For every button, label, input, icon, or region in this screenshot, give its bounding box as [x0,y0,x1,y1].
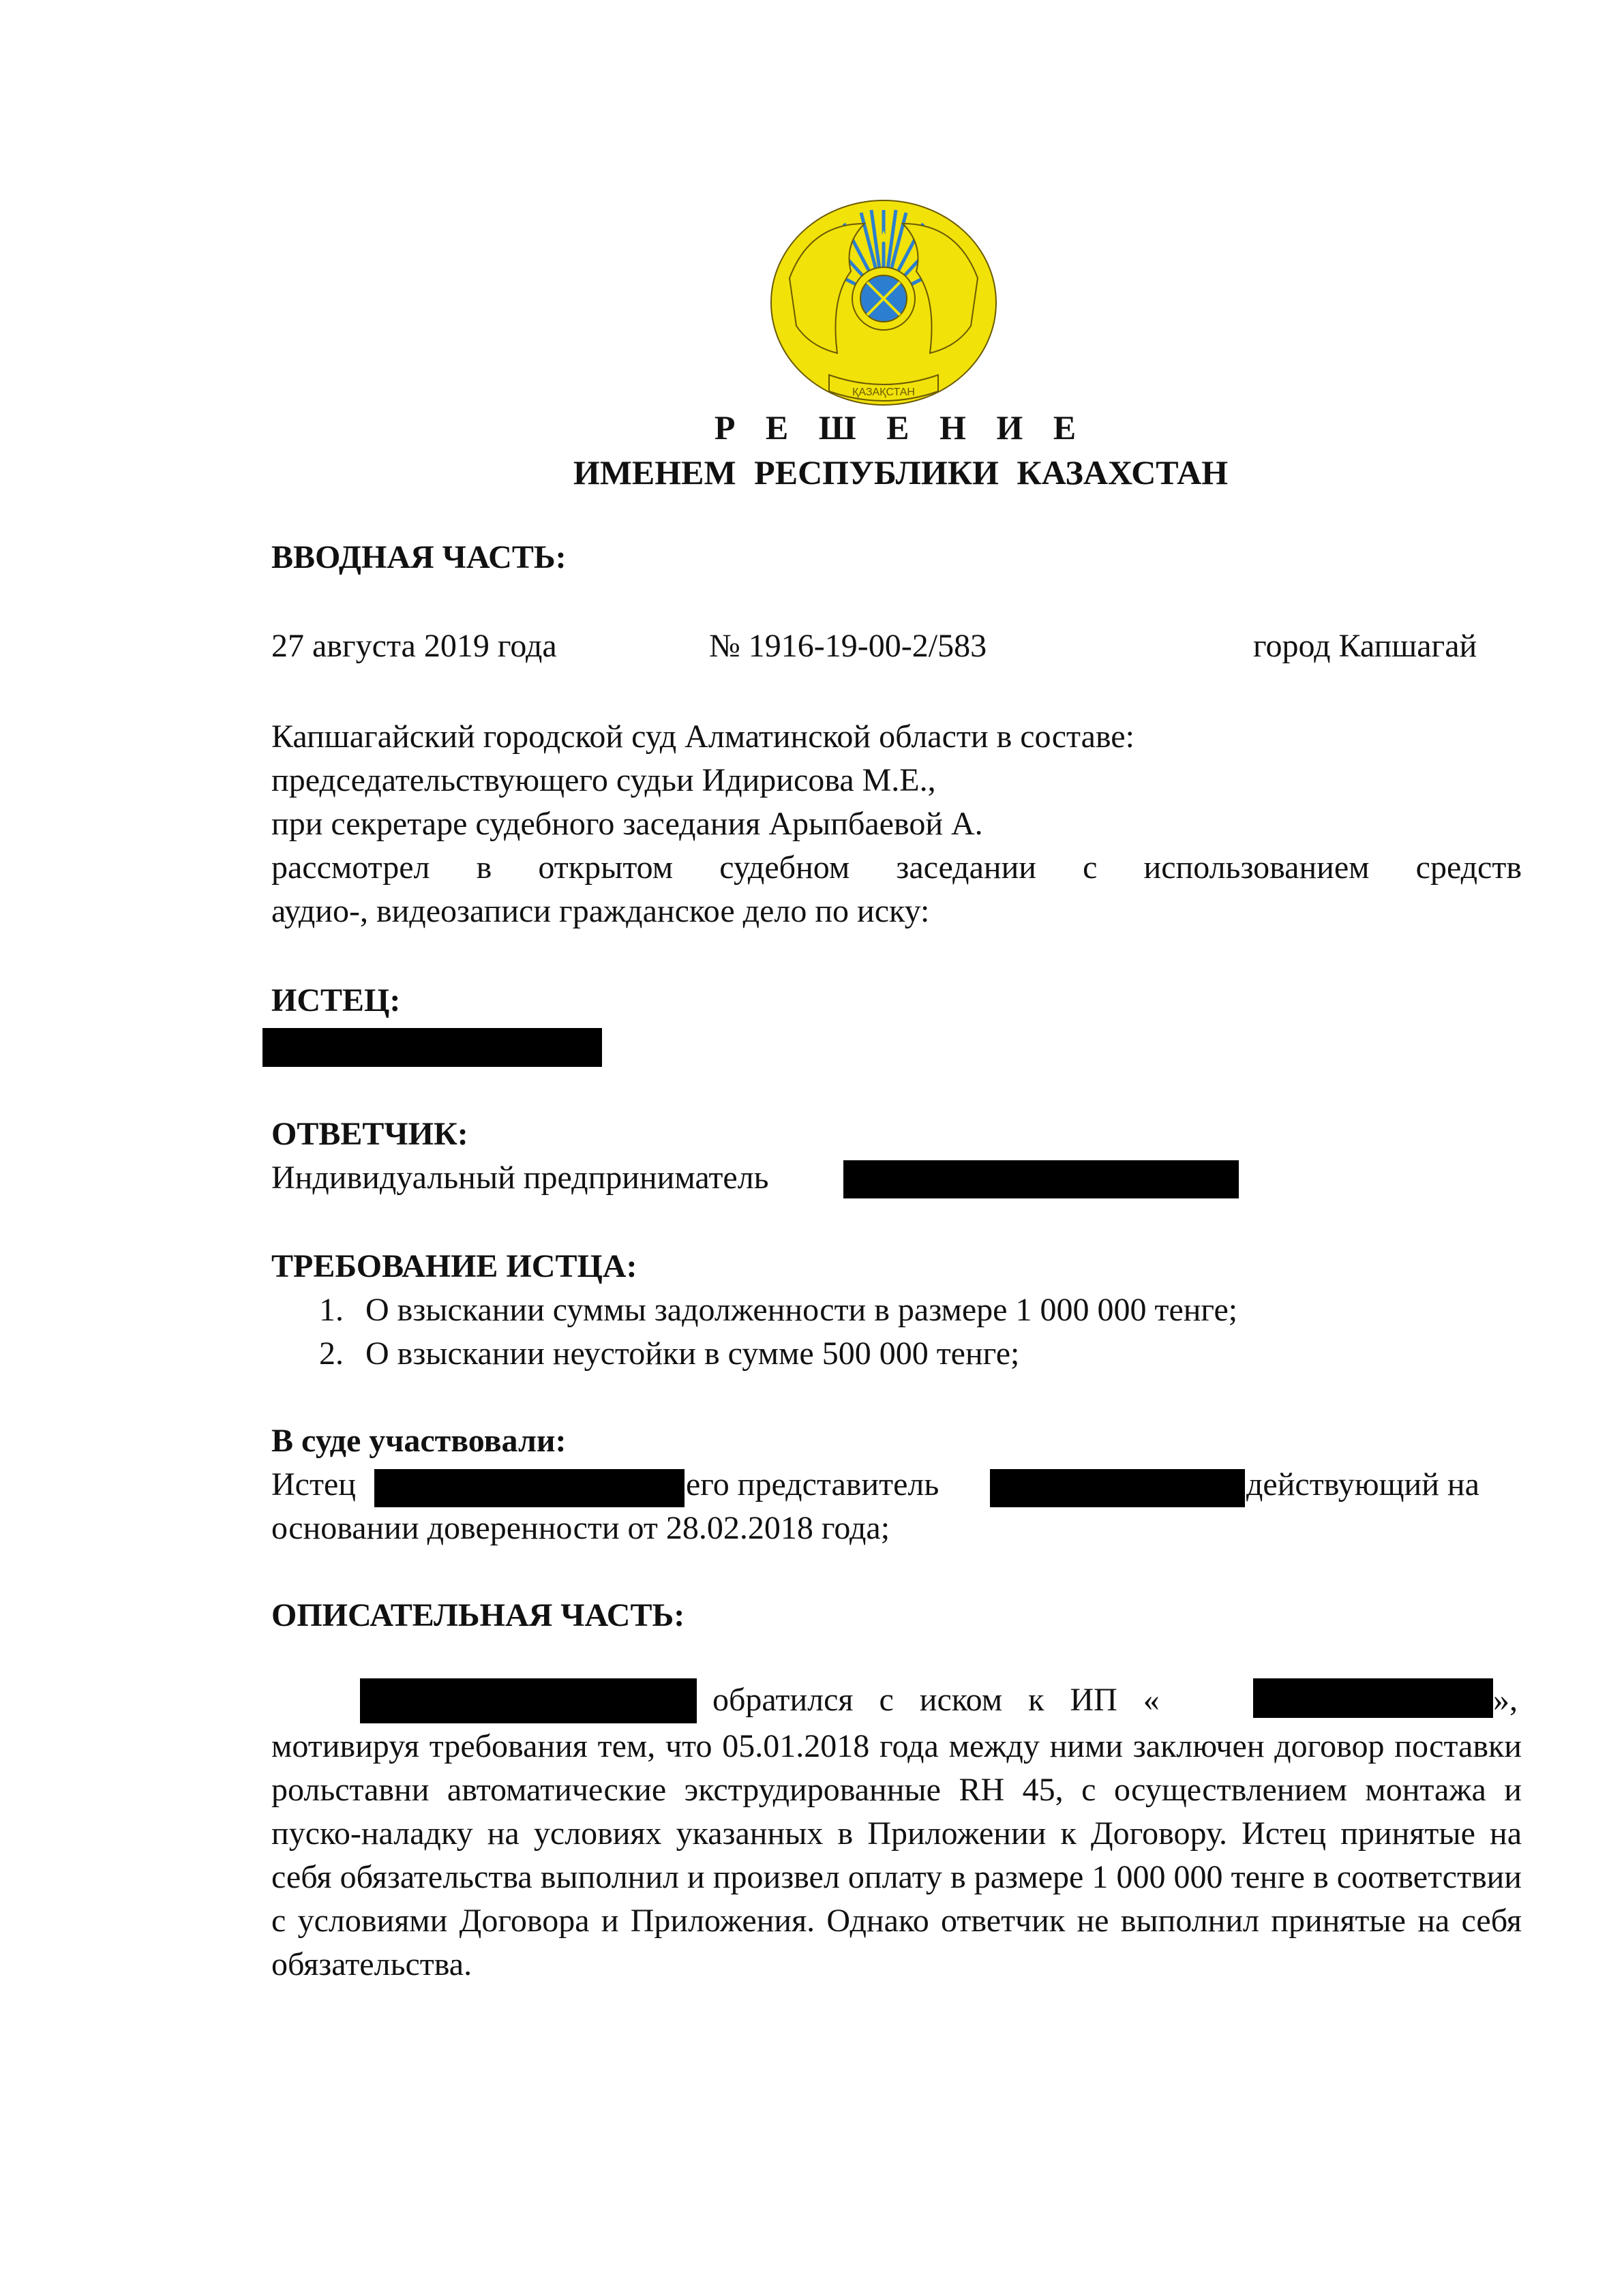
document-title: Р Е Ш Е Н И Е [0,408,1624,447]
intro-heading: ВВОДНАЯ ЧАСТЬ: [271,539,567,576]
court-secretary: при секретаре судебного заседания Арыпба… [271,805,983,843]
participant-plaintiff-redacted [374,1469,685,1507]
participant-plaintiff-label: Истец [271,1466,356,1503]
city: город Капшагай [1253,627,1477,665]
power-of-attorney: основании доверенности от 28.02.2018 год… [271,1509,890,1547]
hearing-description: рассмотрел в открытом судебном заседании… [271,849,1522,886]
svg-text:ҚАЗАҚСТАН: ҚАЗАҚСТАН [852,387,915,398]
claim-item: 1.О взыскании суммы задолженности в разм… [319,1291,1237,1329]
defendant-heading: ОТВЕТЧИК: [271,1115,468,1153]
representative-redacted [990,1469,1245,1507]
claims-heading: ТРЕБОВАНИЕ ИСТЦА: [271,1248,637,1285]
defendant-name-redacted [843,1160,1239,1198]
ip-name-redacted [1253,1678,1493,1718]
claim-item: 2.О взыскании неустойки в сумме 500 000 … [319,1335,1019,1372]
participants-heading: В суде участвовали: [271,1422,567,1460]
case-number: № 1916-19-00-2/583 [709,627,987,665]
claim-number: 1. [319,1291,365,1329]
court-composition: Капшагайский городской суд Алматинской о… [271,718,1134,755]
claim-text: О взыскании неустойки в сумме 500 000 те… [365,1335,1019,1372]
descriptive-body: мотивируя требования тем, что 05.01.2018… [271,1725,1522,1987]
claim-text: О взыскании суммы задолженности в размер… [365,1292,1237,1328]
claimant-redacted [360,1678,697,1723]
acting-label: действующий на [1246,1466,1479,1503]
hearing-description-cont: аудио-, видеозаписи гражданское дело по … [271,892,929,930]
representative-label: его представитель [686,1466,939,1503]
plaintiff-name-redacted [262,1028,602,1067]
claim-filed-text: обратился с иском к ИП « [712,1681,1160,1719]
plaintiff-heading: ИСТЕЦ: [271,982,400,1019]
decision-date: 27 августа 2019 года [271,627,557,665]
quote-close: », [1493,1681,1518,1719]
claim-number: 2. [319,1335,365,1372]
defendant-type: Индивидуальный предприниматель [271,1159,769,1196]
document-subtitle: ИМЕНЕМ РЕСПУБЛИКИ КАЗАХСТАН [0,453,1624,492]
kazakhstan-state-emblem-icon: ҚАЗАҚСТАН [769,196,998,409]
presiding-judge: председательствующего судьи Идирисова М.… [271,761,936,799]
descriptive-heading: ОПИСАТЕЛЬНАЯ ЧАСТЬ: [271,1597,685,1634]
